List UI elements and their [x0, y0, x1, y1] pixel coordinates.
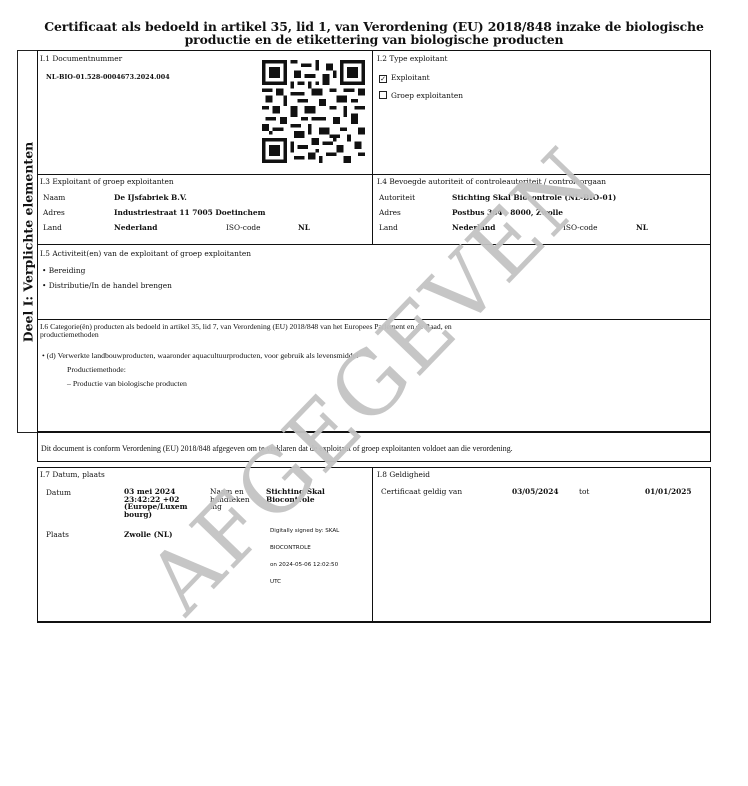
section-operator: I.3 Exploitant of groep exploitanten Naa…: [37, 174, 373, 245]
section-product-categories: I.6 Categorie(ën) producten als bedoeld …: [37, 319, 711, 432]
option-label: Exploitant: [391, 73, 430, 82]
checkbox-checked-icon[interactable]: ✓: [379, 75, 387, 83]
conformity-statement-box: Dit document is conform Verordening (EU)…: [37, 431, 711, 462]
section-heading: I.8 Geldigheid: [377, 470, 430, 479]
certificate-title: Certificaat als bedoeld in artikel 35, l…: [0, 20, 748, 46]
authority-value: Stichting Skal Biocontrole (NL-BIO-01): [452, 193, 616, 202]
section-heading: I.4 Bevoegde autoriteit of controleautor…: [377, 177, 606, 186]
address-value: Industriestraat 11 7005 Doetinchem: [114, 208, 265, 217]
iso-value: NL: [298, 223, 310, 232]
activity-item: • Distributie/In de handel brengen: [42, 281, 172, 290]
section-activities: I.5 Activiteit(en) van de exploitant of …: [37, 244, 711, 320]
product-category: • (d) Verwerkte landbouwproducten, waaro…: [42, 351, 358, 360]
name-value: De IJsfabriek B.V.: [114, 193, 187, 202]
valid-to-date: 01/01/2025: [645, 487, 692, 496]
section-date-place: I.7 Datum, plaats Datum 03 mei 2024 23:4…: [37, 467, 373, 623]
side-label: Deel I: Verplichte elementen: [20, 141, 35, 342]
checkbox-option-exploitant[interactable]: ✓Exploitant: [379, 73, 430, 83]
section-heading: I.1 Documentnummer: [40, 54, 122, 63]
country-label: Land: [379, 223, 398, 232]
signature-label: Naam en handteken ing: [210, 488, 250, 511]
section-validity: I.8 Geldigheid Certificaat geldig van 03…: [372, 467, 711, 623]
checkbox-unchecked-icon[interactable]: [379, 91, 387, 99]
country-value: Nederland: [114, 223, 157, 232]
valid-to-label: tot: [579, 487, 589, 496]
place-label: Plaats: [46, 530, 69, 539]
checkbox-option-groep[interactable]: Groep exploitanten: [379, 91, 463, 100]
signature-line: BIOCONTROLE: [270, 540, 339, 557]
section-heading: I.7 Datum, plaats: [40, 470, 105, 479]
section-operator-type: I.2 Type exploitant ✓Exploitant Groep ex…: [372, 50, 711, 175]
signature-line: on 2024-05-06 12:02:50: [270, 557, 339, 574]
iso-label: ISO-code: [563, 223, 598, 232]
section-authority: I.4 Bevoegde autoriteit of controleautor…: [372, 174, 711, 245]
signer-name: Stichting Skal Biocontrole: [266, 488, 325, 503]
signature-label-line: ing: [210, 503, 250, 511]
production-method-label: Productiemethode:: [67, 365, 126, 374]
date-value: 03 mei 2024 23:42:22 +02 (Europe/Luxem b…: [124, 488, 187, 518]
heading-line-1: I.6 Categorie(ën) producten als bedoeld …: [40, 323, 452, 331]
country-value: Nederland: [452, 223, 495, 232]
title-line-2: productie en de etikettering van biologi…: [0, 33, 748, 46]
activity-item: • Bereiding: [42, 266, 85, 275]
document-number: NL-BIO-01.528-0004673.2024.004: [46, 73, 170, 81]
iso-value: NL: [636, 223, 648, 232]
conformity-statement: Dit document is conform Verordening (EU)…: [41, 444, 513, 453]
section-heading: I.2 Type exploitant: [377, 54, 447, 63]
valid-from-date: 03/05/2024: [512, 487, 559, 496]
place-value: Zwolle (NL): [124, 530, 173, 539]
name-label: Naam: [43, 193, 65, 202]
section-heading: I.3 Exploitant of groep exploitanten: [40, 177, 174, 186]
address-label: Adres: [379, 208, 401, 217]
production-method-value: – Productie van biologische producten: [67, 379, 187, 388]
section-heading: I.6 Categorie(ën) producten als bedoeld …: [40, 323, 452, 339]
iso-label: ISO-code: [226, 223, 261, 232]
section-heading: I.5 Activiteit(en) van de exploitant of …: [40, 249, 251, 258]
authority-label: Autoriteit: [379, 193, 415, 202]
heading-line-2: productiemethoden: [40, 331, 452, 339]
address-value: Postbus 384 , 8000, Zwolle: [452, 208, 563, 217]
signature-line: Digitally signed by: SKAL: [270, 523, 339, 540]
country-label: Land: [43, 223, 62, 232]
digital-signature: Digitally signed by: SKAL BIOCONTROLE on…: [270, 523, 339, 591]
address-label: Adres: [43, 208, 65, 217]
signature-line: UTC: [270, 574, 339, 591]
part-1-side-panel: Deel I: Verplichte elementen: [17, 50, 37, 433]
qr-code-icon: [262, 60, 365, 163]
date-line: bourg): [124, 511, 187, 519]
signer-line: Biocontrole: [266, 496, 325, 504]
option-label: Groep exploitanten: [391, 91, 463, 100]
valid-from-label: Certificaat geldig van: [381, 487, 462, 496]
date-label: Datum: [46, 488, 71, 497]
